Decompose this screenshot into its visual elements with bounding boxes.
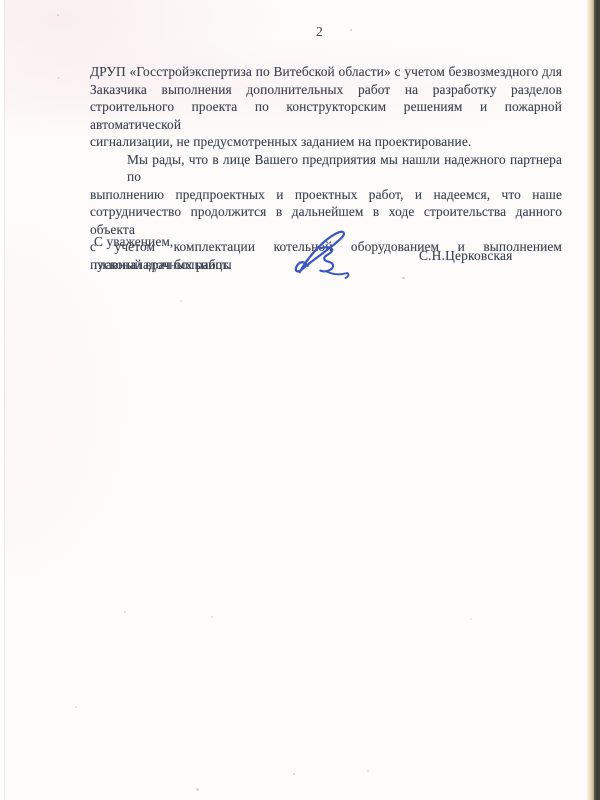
scan-speck: [402, 277, 405, 279]
paragraph-1-line: ДРУП «Госстройэкспертиза по Витебской об…: [90, 63, 562, 81]
paragraph-1-line: строительного проекта по конструкторским…: [90, 98, 562, 133]
scan-speck: [470, 618, 472, 620]
closing-salutation: С уважением,: [94, 231, 232, 254]
scan-speck: [367, 770, 369, 772]
paragraph-1-line: сигнализации, не предусмотренных задание…: [90, 133, 562, 151]
scan-speck: [211, 616, 213, 618]
scan-speck: [223, 148, 226, 150]
scanned-letter-page: 2 ДРУП «Госстройэкспертиза по Витебской …: [0, 0, 600, 800]
scan-edge-right-dark: [594, 0, 600, 800]
scan-edge-right-cream: [587, 0, 594, 800]
page-number: 2: [316, 23, 323, 41]
scan-edge-left-line: [4, 0, 5, 800]
closing-block: С уважением, главный врач больницы: [94, 231, 232, 276]
scan-speck: [350, 29, 352, 31]
scan-speck: [57, 77, 60, 79]
scan-speck: [180, 300, 182, 302]
scan-speck: [75, 706, 77, 708]
paragraph-1-line: Заказчика выполнения дополнительных рабо…: [90, 81, 562, 99]
paragraph-1: ДРУП «Госстройэкспертиза по Витебской об…: [90, 63, 562, 151]
paragraph-2-line: выполнению предпроектных и проектных раб…: [90, 186, 562, 204]
signatory-name: С.Н.Церковская: [419, 247, 513, 265]
scan-speck: [293, 773, 295, 775]
scan-speck: [57, 14, 59, 16]
handwritten-signature-icon: [289, 225, 353, 281]
scan-speck: [124, 611, 126, 613]
scan-speck: [196, 788, 199, 791]
closing-title: главный врач больницы: [94, 254, 232, 277]
paragraph-2-line: Мы рады, что в лице Вашего предприятия м…: [90, 151, 562, 186]
